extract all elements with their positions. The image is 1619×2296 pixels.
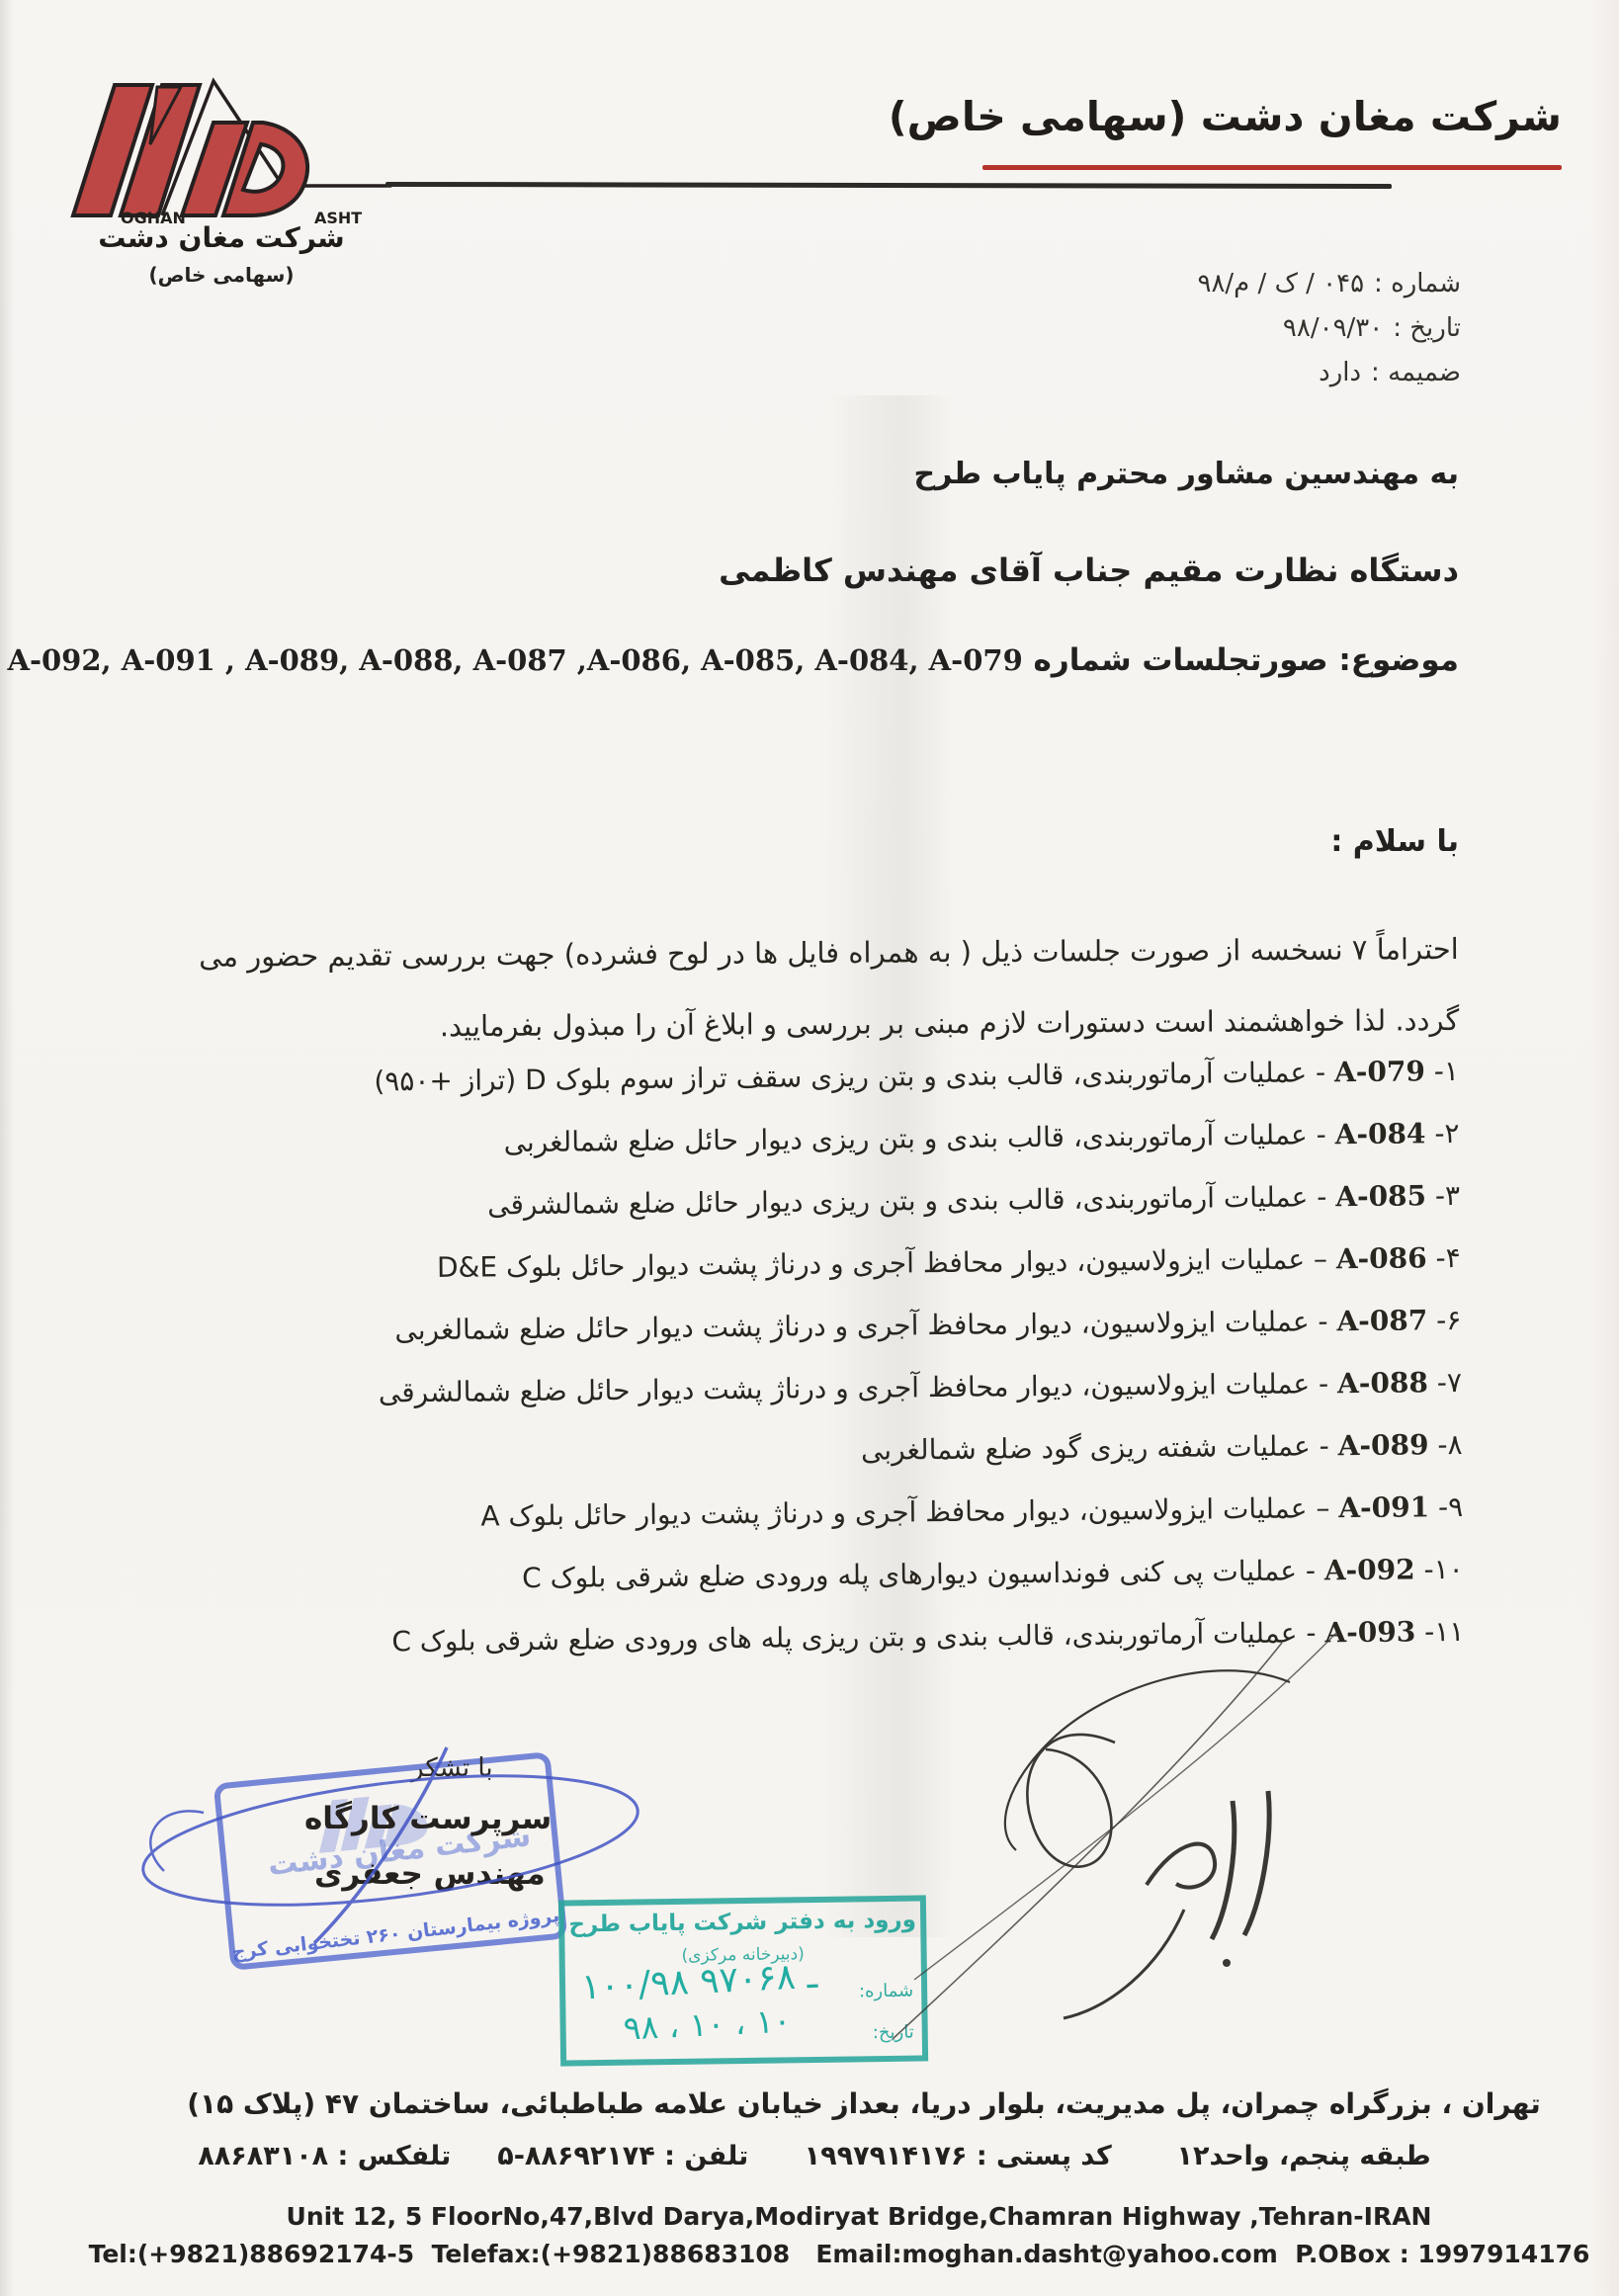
item-text: - عملیات آرماتوربندی، قالب بندی و بتن ری… bbox=[392, 1616, 1318, 1658]
item-text: - عملیات آرماتوربندی، قالب بندی و بتن ری… bbox=[375, 1056, 1326, 1097]
list-item: ۴- A-086 – عملیات ایزولاسیون، دیوار محاف… bbox=[376, 1227, 1461, 1300]
footer-address-fa: تهران ، بزرگراه چمران، پل مدیریت، بلوار … bbox=[54, 2087, 1619, 2120]
item-number: ۷- bbox=[1437, 1366, 1462, 1399]
item-text: – عملیات ایزولاسیون، دیوار محافظ آجری و … bbox=[481, 1491, 1330, 1532]
recipient-line-1: به مهندسین مشاور محترم پایاب طرح bbox=[914, 457, 1460, 491]
item-code: A-089 bbox=[1338, 1428, 1429, 1462]
signoff-thanks: با تشکر bbox=[411, 1753, 493, 1783]
list-item: ۱۱- A-093 - عملیات آرماتوربندی، قالب بند… bbox=[380, 1600, 1465, 1673]
item-text: - عملیات ایزولاسیون، دیوار محافظ آجری و … bbox=[395, 1305, 1328, 1346]
receipt-date-label: تاریخ: bbox=[873, 2022, 914, 2044]
scan-right-edge-shading bbox=[1589, 0, 1619, 2296]
item-code: A-093 bbox=[1325, 1615, 1416, 1649]
signoff-name: مهندس جعفری bbox=[314, 1856, 546, 1892]
receipt-number-label: شماره: bbox=[859, 1981, 913, 2002]
item-number: ۳- bbox=[1435, 1179, 1460, 1212]
subject-label: موضوع: صورتجلسات شماره bbox=[1034, 642, 1459, 678]
list-item: ۹- A-091 – عملیات ایزولاسیون، دیوار محاف… bbox=[379, 1476, 1464, 1549]
company-logo-icon: OGHAN ASHT bbox=[65, 75, 391, 228]
scan-left-edge-shading bbox=[0, 0, 14, 2296]
footer-contacts-fa: طبقه پنجم، واحد۱۲ کد پستی : ۱۹۹۷۹۱۴۱۷۶ ت… bbox=[5, 2141, 1619, 2171]
body-line-1: احتراماً ۷ نسخسه از صورت جلسات ذیل ( به … bbox=[199, 913, 1459, 992]
minutes-list: ۱- A-079 - عملیات آرماتوربندی، قالب بندی… bbox=[374, 1040, 1465, 1673]
signoff-role: سرپرست کارگاه bbox=[304, 1801, 552, 1836]
meta-attachment-row: ضمیمه :دارد bbox=[1197, 358, 1461, 387]
item-number: ۴- bbox=[1436, 1241, 1461, 1274]
scanned-letter-sheet: OGHAN ASHT شرکت مغان دشت (سهامی خاص) شرک… bbox=[0, 0, 1619, 2296]
logo-caption-sub: (سهامی خاص) bbox=[83, 263, 360, 287]
meta-number-row: شماره :۰۴۵ / ک / م/۹۸ bbox=[1197, 269, 1461, 298]
meta-number-label: شماره : bbox=[1374, 269, 1461, 298]
list-item: ۶- A-087 - عملیات ایزولاسیون، دیوار محاف… bbox=[377, 1289, 1462, 1362]
item-text: - عملیات آرماتوربندی، قالب بندی و بتن ری… bbox=[487, 1180, 1327, 1221]
item-code: A-091 bbox=[1339, 1490, 1430, 1524]
footer-contacts-en: Tel:(+9821)88692174-5 Telefax:(+9821)886… bbox=[30, 2240, 1619, 2268]
black-rule bbox=[385, 182, 1392, 189]
receipt-date-value: ۹۸ ، ۱۰ ، ۱۰ bbox=[623, 2000, 792, 2047]
item-code: A-088 bbox=[1337, 1366, 1428, 1400]
item-number: ۲- bbox=[1435, 1117, 1460, 1149]
item-code: A-079 bbox=[1334, 1055, 1425, 1088]
item-code: A-084 bbox=[1335, 1117, 1426, 1150]
footer-address-en: Unit 12, 5 FloorNo,47,Blvd Darya,Modirya… bbox=[49, 2202, 1619, 2231]
company-title: شرکت مغان دشت (سهامی خاص) bbox=[889, 93, 1562, 140]
list-item: ۱- A-079 - عملیات آرماتوربندی، قالب بندی… bbox=[374, 1040, 1459, 1113]
item-text: - عملیات پی کنی فونداسیون دیوارهای پله و… bbox=[522, 1554, 1316, 1594]
item-text: - عملیات ایزولاسیون، دیوار محافظ آجری و … bbox=[379, 1367, 1329, 1408]
subject-line: موضوع: صورتجلسات شماره A-093, A-092, A-0… bbox=[0, 642, 1459, 678]
meta-number-value: ۰۴۵ / ک / م/۹۸ bbox=[1197, 269, 1364, 298]
item-number: ۶- bbox=[1436, 1304, 1461, 1336]
receipt-stamp-title: ورود به دفتر شرکت پایاب طرح bbox=[564, 1907, 920, 1937]
subject-codes: A-093, A-092, A-091 , A-089, A-088, A-08… bbox=[0, 643, 1023, 677]
salutation: با سلام : bbox=[1330, 824, 1459, 859]
item-number: ۱۰- bbox=[1424, 1553, 1465, 1585]
list-item: ۷- A-088 - عملیات ایزولاسیون، دیوار محاف… bbox=[377, 1351, 1462, 1424]
item-code: A-092 bbox=[1324, 1553, 1415, 1586]
item-text: - عملیات آرماتوربندی، قالب بندی و بتن ری… bbox=[504, 1118, 1326, 1158]
item-text: - عملیات شفته ریزی گود ضلع شمالغربی bbox=[861, 1429, 1329, 1467]
meta-date-value: ۹۸/۰۹/۳۰ bbox=[1283, 313, 1383, 343]
item-code: A-086 bbox=[1336, 1241, 1427, 1275]
item-text: – عملیات ایزولاسیون، دیوار محافظ آجری و … bbox=[437, 1242, 1327, 1284]
red-rule bbox=[982, 165, 1562, 170]
item-number: ۱- bbox=[1434, 1055, 1459, 1087]
item-code: A-085 bbox=[1335, 1179, 1426, 1213]
item-number: ۸- bbox=[1438, 1428, 1463, 1461]
list-item: ۳- A-085 - عملیات آرماتوربندی، قالب بندی… bbox=[376, 1164, 1461, 1237]
logo-caption: شرکت مغان دشت bbox=[83, 221, 360, 254]
item-number: ۱۱- bbox=[1424, 1615, 1465, 1648]
meta-attachment-label: ضمیمه : bbox=[1371, 358, 1461, 387]
list-item: ۲- A-084 - عملیات آرماتوربندی، قالب بندی… bbox=[375, 1102, 1460, 1175]
recipient-line-2: دستگاه نظارت مقیم جناب آقای مهندس کاظمی bbox=[719, 552, 1459, 589]
meta-attachment-value: دارد bbox=[1319, 358, 1361, 387]
item-number: ۹- bbox=[1438, 1490, 1463, 1523]
list-item: ۸- A-089 - عملیات شفته ریزی گود ضلع شمال… bbox=[378, 1413, 1463, 1487]
letter-meta: شماره :۰۴۵ / ک / م/۹۸ تاریخ :۹۸/۰۹/۳۰ ضم… bbox=[1197, 269, 1461, 402]
kazemi-signature-icon bbox=[893, 1633, 1336, 2039]
item-code: A-087 bbox=[1337, 1304, 1428, 1337]
list-item: ۱۰- A-092 - عملیات پی کنی فونداسیون دیوا… bbox=[379, 1538, 1464, 1611]
meta-date-row: تاریخ :۹۸/۰۹/۳۰ bbox=[1197, 313, 1461, 343]
meta-date-label: تاریخ : bbox=[1393, 313, 1461, 343]
entry-receipt-stamp: ورود به دفتر شرکت پایاب طرح (دبیرخانه مر… bbox=[558, 1895, 928, 2066]
stamp-project-line: پروژه بیمارستان ۲۶۰ تختخوابی کرج bbox=[234, 1905, 560, 1963]
